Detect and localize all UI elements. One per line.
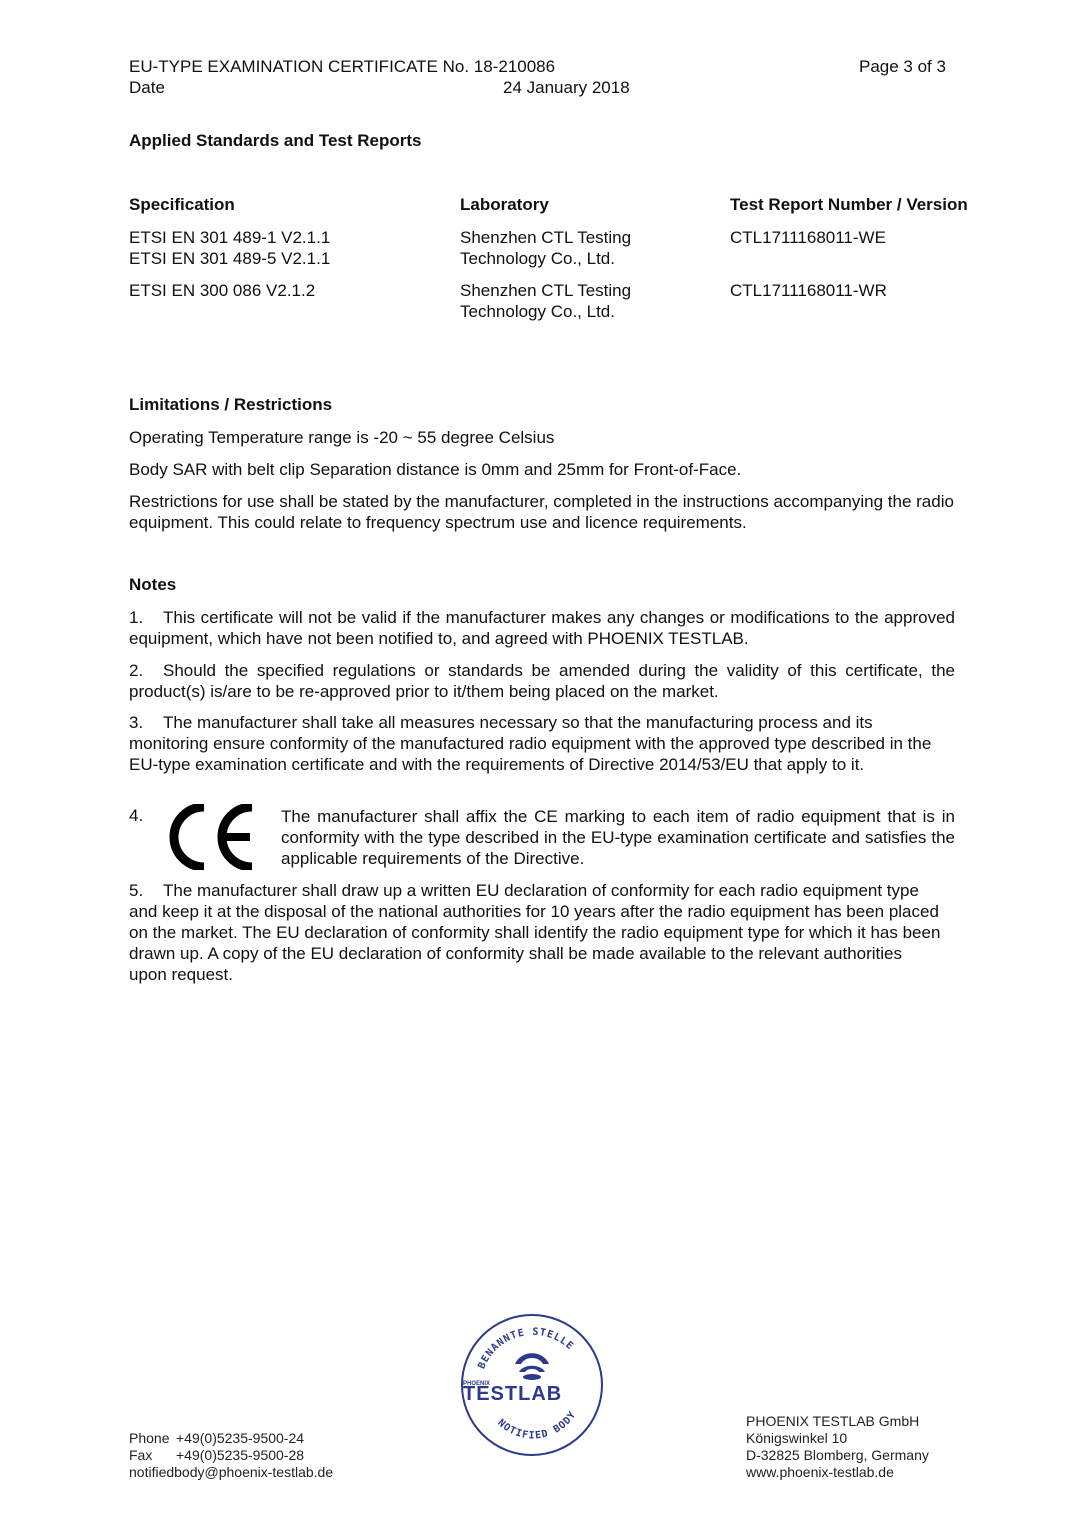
note-item: 1.This certificate will not be valid if …: [129, 607, 955, 649]
street: Königswinkel 10: [746, 1430, 929, 1447]
limitation-item: Restrictions for use shall be stated by …: [129, 491, 955, 533]
limitation-item: Body SAR with belt clip Separation dista…: [129, 459, 955, 480]
phone-label: Phone: [129, 1430, 176, 1447]
report-cell: CTL1711168011-WR: [730, 280, 887, 301]
specification-cell: ETSI EN 300 086 V2.1.2: [129, 280, 315, 301]
column-header-laboratory: Laboratory: [460, 195, 549, 215]
report-cell: CTL1711168011-WE: [730, 227, 886, 248]
svg-text:TESTLAB: TESTLAB: [463, 1383, 562, 1405]
note-text: The manufacturer shall take all measures…: [129, 713, 931, 774]
laboratory-cell: Shenzhen CTL Testing Technology Co., Ltd…: [460, 280, 631, 322]
certificate-title: EU-TYPE EXAMINATION CERTIFICATE No. 18-2…: [129, 57, 555, 77]
limitation-item: Operating Temperature range is -20 ~ 55 …: [129, 427, 955, 448]
limitations-heading: Limitations / Restrictions: [129, 395, 332, 415]
svg-text:BENANNTE STELLE: BENANNTE STELLE: [476, 1327, 575, 1371]
company-name: PHOENIX TESTLAB GmbH: [746, 1413, 929, 1430]
ce-mark-icon: [168, 804, 258, 870]
footer-address: PHOENIX TESTLAB GmbH Königswinkel 10 D-3…: [746, 1413, 929, 1481]
page-indicator: Page 3 of 3: [859, 57, 946, 77]
date-label: Date: [129, 78, 165, 98]
note-number: 2.: [129, 660, 163, 681]
note-item: 5.The manufacturer shall draw up a writt…: [129, 880, 944, 985]
specification-cell: ETSI EN 301 489-1 V2.1.1 ETSI EN 301 489…: [129, 227, 330, 269]
email-link[interactable]: notifiedbody@phoenix-testlab.de: [129, 1464, 333, 1481]
note-text: This certificate will not be valid if th…: [129, 608, 955, 648]
fax-label: Fax: [129, 1447, 176, 1464]
note-number: 1.: [129, 607, 163, 628]
testlab-logo-icon: [515, 1353, 549, 1380]
note-text: Should the specified regulations or stan…: [129, 661, 955, 701]
note-item: 2.Should the specified regulations or st…: [129, 660, 955, 702]
notes-heading: Notes: [129, 575, 176, 595]
standards-heading: Applied Standards and Test Reports: [129, 131, 422, 151]
note-number: 4.: [129, 806, 143, 826]
phone-number: +49(0)5235-9500-24: [176, 1430, 304, 1446]
note-number: 5.: [129, 880, 163, 901]
laboratory-cell: Shenzhen CTL Testing Technology Co., Ltd…: [460, 227, 631, 269]
website-link[interactable]: www.phoenix-testlab.de: [746, 1464, 929, 1481]
city: D-32825 Blomberg, Germany: [746, 1447, 929, 1464]
column-header-report: Test Report Number / Version: [730, 195, 968, 215]
date-value: 24 January 2018: [503, 78, 630, 98]
note-number: 3.: [129, 712, 163, 733]
note-text: The manufacturer shall affix the CE mark…: [281, 806, 955, 869]
note-item: 3.The manufacturer shall take all measur…: [129, 712, 949, 775]
footer-contact: Phone+49(0)5235-9500-24 Fax+49(0)5235-95…: [129, 1430, 333, 1481]
svg-text:NOTIFIED BODY: NOTIFIED BODY: [495, 1409, 578, 1441]
note-text: The manufacturer shall draw up a written…: [129, 881, 940, 984]
fax-number: +49(0)5235-9500-28: [176, 1447, 304, 1463]
notified-body-stamp: BENANNTE STELLE NOTIFIED BODY PHOENIX TE…: [459, 1312, 605, 1458]
column-header-specification: Specification: [129, 195, 235, 215]
